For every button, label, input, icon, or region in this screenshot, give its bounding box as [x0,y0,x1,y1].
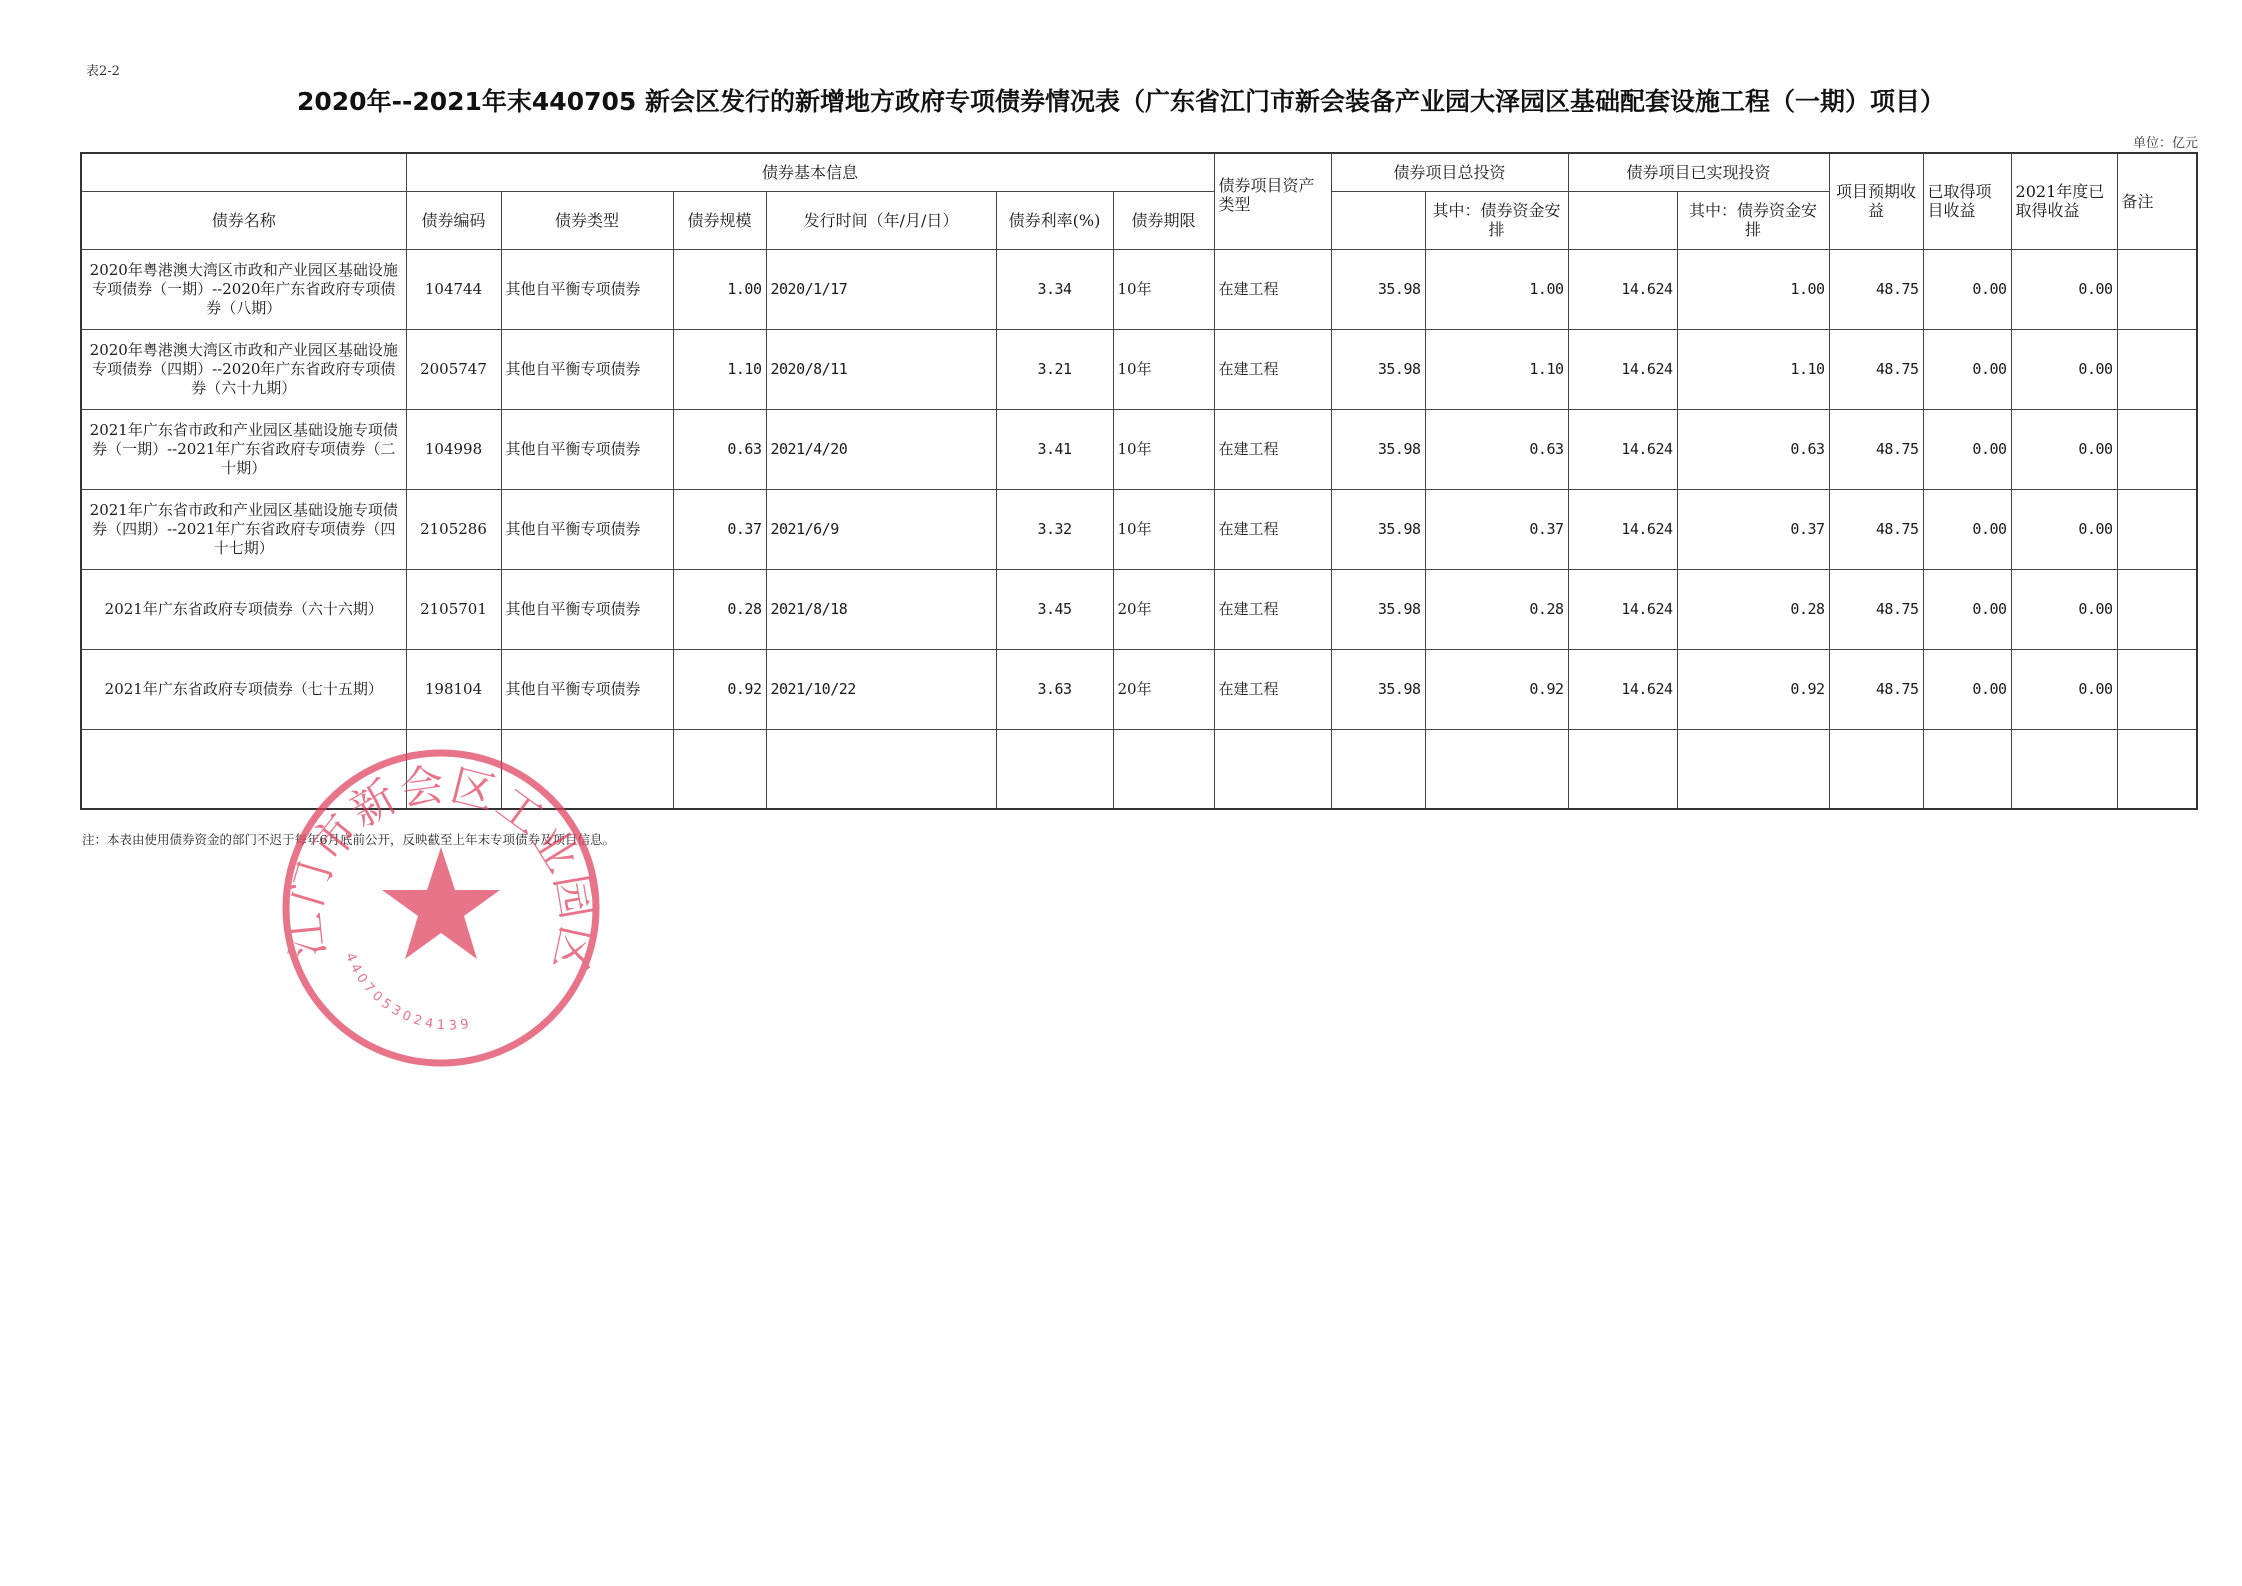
total-bond-cell: 0.92 [1425,649,1568,729]
realized-investment-cell: 14.624 [1568,329,1677,409]
realized-bond-cell: 1.10 [1677,329,1829,409]
header-bond-type: 债券类型 [501,191,673,249]
earned-income-cell: 0.00 [1923,409,2011,489]
issue-date-cell: 2021/10/22 [766,649,996,729]
expected-income-cell: 48.75 [1829,489,1923,569]
table-row: 2020年粤港澳大湾区市政和产业园区基础设施专项债券（一期）--2020年广东省… [81,249,2197,329]
header-asset-type: 债券项目资产类型 [1214,153,1331,249]
table-row: 2020年粤港澳大湾区市政和产业园区基础设施专项债券（四期）--2020年广东省… [81,329,2197,409]
header-group-total-investment: 债券项目总投资 [1331,153,1568,191]
earned-income-cell: 0.00 [1923,249,2011,329]
remark-cell [2117,489,2197,569]
table-row: 2021年广东省政府专项债券（七十五期）198104其他自平衡专项债券0.922… [81,649,2197,729]
total-investment-cell: 35.98 [1331,649,1425,729]
bond-code-cell: 2105286 [406,489,501,569]
expected-income-cell: 48.75 [1829,329,1923,409]
bond-scale-cell [673,729,766,809]
total-investment-cell: 35.98 [1331,249,1425,329]
realized-investment-cell: 14.624 [1568,489,1677,569]
asset-type-cell: 在建工程 [1214,329,1331,409]
header-rate: 债券利率(%) [996,191,1113,249]
issue-date-cell: 2021/6/9 [766,489,996,569]
earned-income-cell: 0.00 [1923,649,2011,729]
table-row: 2021年广东省政府专项债券（六十六期）2105701其他自平衡专项债券0.28… [81,569,2197,649]
rate-cell: 3.45 [996,569,1113,649]
bond-type-cell: 其他自平衡专项债券 [501,249,673,329]
asset-type-cell: 在建工程 [1214,569,1331,649]
header-group-realized-investment: 债券项目已实现投资 [1568,153,1829,191]
remark-cell [2117,649,2197,729]
realized-bond-cell: 0.63 [1677,409,1829,489]
total-investment-cell [1331,729,1425,809]
table-row: 2021年广东省市政和产业园区基础设施专项债券（一期）--2021年广东省政府专… [81,409,2197,489]
bond-type-cell: 其他自平衡专项债券 [501,489,673,569]
header-bond-name: 债券名称 [81,191,406,249]
header-group-basic: 债券基本信息 [406,153,1214,191]
rate-cell: 3.32 [996,489,1113,569]
total-bond-cell: 0.37 [1425,489,1568,569]
asset-type-cell: 在建工程 [1214,489,1331,569]
form-number: 表2-2 [86,60,120,79]
earned-income-cell: 0.00 [1923,489,2011,569]
total-bond-cell: 1.10 [1425,329,1568,409]
income-2021-cell: 0.00 [2011,569,2117,649]
header-realized-investment [1568,191,1677,249]
rate-cell: 3.41 [996,409,1113,489]
bond-type-cell: 其他自平衡专项债券 [501,329,673,409]
realized-investment-cell [1568,729,1677,809]
total-investment-cell: 35.98 [1331,329,1425,409]
term-cell [1113,729,1214,809]
expected-income-cell: 48.75 [1829,249,1923,329]
bond-scale-cell: 0.92 [673,649,766,729]
bond-code-cell: 104998 [406,409,501,489]
header-expected-income: 项目预期收益 [1829,153,1923,249]
bond-code-cell: 2005747 [406,329,501,409]
header-realized-of-which: 其中：债券资金安排 [1677,191,1829,249]
income-2021-cell: 0.00 [2011,329,2117,409]
issue-date-cell [766,729,996,809]
issue-date-cell: 2020/1/17 [766,249,996,329]
term-cell: 10年 [1113,249,1214,329]
seal-code: 4407053024139 [342,951,474,1034]
earned-income-cell [1923,729,2011,809]
remark-cell [2117,329,2197,409]
total-bond-cell: 1.00 [1425,249,1568,329]
table-row: 2021年广东省市政和产业园区基础设施专项债券（四期）--2021年广东省政府专… [81,489,2197,569]
bond-name-cell: 2020年粤港澳大湾区市政和产业园区基础设施专项债券（四期）--2020年广东省… [81,329,406,409]
header-bond-scale: 债券规模 [673,191,766,249]
asset-type-cell: 在建工程 [1214,649,1331,729]
issue-date-cell: 2021/8/18 [766,569,996,649]
rate-cell [996,729,1113,809]
rate-cell: 3.34 [996,249,1113,329]
expected-income-cell: 48.75 [1829,409,1923,489]
official-seal: 江门市新会区工业园区管理委员会 4407053024139 [278,745,604,1071]
bond-table: 债券基本信息 债券项目资产类型 债券项目总投资 债券项目已实现投资 项目预期收益… [80,152,2198,810]
issue-date-cell: 2021/4/20 [766,409,996,489]
bond-code-cell: 198104 [406,649,501,729]
total-bond-cell [1425,729,1568,809]
bond-type-cell: 其他自平衡专项债券 [501,409,673,489]
income-2021-cell: 0.00 [2011,649,2117,729]
remark-cell [2117,569,2197,649]
expected-income-cell [1829,729,1923,809]
rate-cell: 3.63 [996,649,1113,729]
unit-label: 单位：亿元 [2133,132,2198,151]
realized-investment-cell: 14.624 [1568,569,1677,649]
bond-type-cell: 其他自平衡专项债券 [501,649,673,729]
income-2021-cell [2011,729,2117,809]
page-title: 2020年--2021年末440705 新会区发行的新增地方政府专项债券情况表（… [0,82,2242,118]
issue-date-cell: 2020/8/11 [766,329,996,409]
header-total-of-which: 其中：债券资金安排 [1425,191,1568,249]
bond-scale-cell: 0.63 [673,409,766,489]
asset-type-cell [1214,729,1331,809]
term-cell: 10年 [1113,409,1214,489]
income-2021-cell: 0.00 [2011,409,2117,489]
realized-investment-cell: 14.624 [1568,649,1677,729]
realized-bond-cell [1677,729,1829,809]
remark-cell [2117,409,2197,489]
term-cell: 20年 [1113,569,1214,649]
header-term: 债券期限 [1113,191,1214,249]
header-empty [81,153,406,191]
bond-name-cell: 2020年粤港澳大湾区市政和产业园区基础设施专项债券（一期）--2020年广东省… [81,249,406,329]
asset-type-cell: 在建工程 [1214,249,1331,329]
term-cell: 20年 [1113,649,1214,729]
realized-bond-cell: 0.28 [1677,569,1829,649]
svg-text:4407053024139: 4407053024139 [342,951,474,1034]
term-cell: 10年 [1113,329,1214,409]
realized-investment-cell: 14.624 [1568,409,1677,489]
star-icon [382,847,500,959]
total-investment-cell: 35.98 [1331,409,1425,489]
bond-scale-cell: 1.10 [673,329,766,409]
total-investment-cell: 35.98 [1331,569,1425,649]
realized-investment-cell: 14.624 [1568,249,1677,329]
remark-cell [2117,729,2197,809]
earned-income-cell: 0.00 [1923,569,2011,649]
asset-type-cell: 在建工程 [1214,409,1331,489]
term-cell: 10年 [1113,489,1214,569]
expected-income-cell: 48.75 [1829,569,1923,649]
bond-type-cell: 其他自平衡专项债券 [501,569,673,649]
bond-name-cell: 2021年广东省政府专项债券（七十五期） [81,649,406,729]
remark-cell [2117,249,2197,329]
bond-code-cell: 104744 [406,249,501,329]
header-total-investment [1331,191,1425,249]
bond-name-cell: 2021年广东省市政和产业园区基础设施专项债券（一期）--2021年广东省政府专… [81,409,406,489]
bond-scale-cell: 0.37 [673,489,766,569]
earned-income-cell: 0.00 [1923,329,2011,409]
rate-cell: 3.21 [996,329,1113,409]
header-earned-income: 已取得项目收益 [1923,153,2011,249]
bond-scale-cell: 1.00 [673,249,766,329]
total-investment-cell: 35.98 [1331,489,1425,569]
realized-bond-cell: 0.92 [1677,649,1829,729]
expected-income-cell: 48.75 [1829,649,1923,729]
header-issue-date: 发行时间（年/月/日） [766,191,996,249]
header-bond-code: 债券编码 [406,191,501,249]
income-2021-cell: 0.00 [2011,249,2117,329]
bond-name-cell: 2021年广东省政府专项债券（六十六期） [81,569,406,649]
realized-bond-cell: 1.00 [1677,249,1829,329]
header-remarks: 备注 [2117,153,2197,249]
bond-scale-cell: 0.28 [673,569,766,649]
total-bond-cell: 0.28 [1425,569,1568,649]
bond-name-cell: 2021年广东省市政和产业园区基础设施专项债券（四期）--2021年广东省政府专… [81,489,406,569]
header-income-2021: 2021年度已取得收益 [2011,153,2117,249]
bond-code-cell: 2105701 [406,569,501,649]
income-2021-cell: 0.00 [2011,489,2117,569]
realized-bond-cell: 0.37 [1677,489,1829,569]
total-bond-cell: 0.63 [1425,409,1568,489]
